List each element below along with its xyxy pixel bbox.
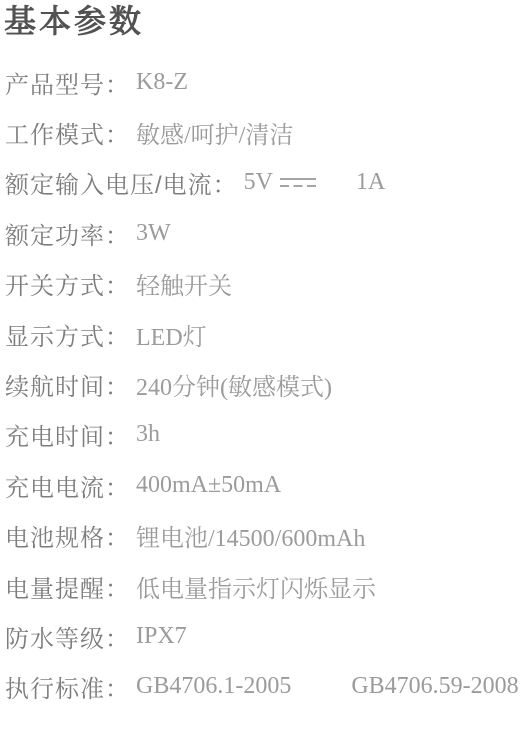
spec-row-charge-time: 充电时间： 3h	[5, 410, 519, 460]
spec-row-battery-reminder: 电量提醒： 低电量指示灯闪烁显示	[5, 561, 519, 611]
spec-value: 敏感/呵护/清洁	[136, 115, 293, 150]
spec-label: 执行标准：	[5, 669, 130, 704]
spec-value: 低电量指示灯闪烁显示	[136, 569, 376, 604]
spec-value-current: 1A	[356, 169, 385, 196]
spec-label: 额定输入电压/电流：	[5, 165, 238, 200]
spec-row-executive-standard: 执行标准： GB4706.1-2005 GB4706.59-2008	[5, 662, 519, 712]
spec-value: 轻触开关	[136, 266, 232, 301]
spec-value-voltage: 5V	[244, 169, 273, 196]
spec-row-charge-current: 充电电流： 400mA±50mA	[5, 460, 519, 510]
spec-label: 电池规格：	[5, 518, 130, 553]
spec-value: 400mA±50mA	[136, 472, 281, 499]
spec-label: 电量提醒：	[5, 569, 130, 604]
spec-label: 产品型号：	[5, 65, 130, 100]
spec-row-switch-type: 开关方式： 轻触开关	[5, 259, 519, 309]
dc-voltage-icon	[280, 177, 316, 189]
spec-row-battery-life: 续航时间： 240分钟(敏感模式)	[5, 359, 519, 409]
spec-row-work-mode: 工作模式： 敏感/呵护/清洁	[5, 107, 519, 157]
spec-value: 锂电池/14500/600mAh	[136, 518, 365, 553]
spec-list: 产品型号： K8-Z 工作模式： 敏感/呵护/清洁 额定输入电压/电流： 5V …	[5, 57, 519, 712]
page-title: 基本参数	[4, 0, 144, 42]
spec-value: 240分钟(敏感模式)	[136, 367, 332, 402]
spec-label: 额定功率：	[5, 216, 130, 251]
spec-value-standard-2: GB4706.59-2008	[351, 673, 518, 700]
spec-value: K8-Z	[136, 69, 188, 96]
spec-label: 充电电流：	[5, 468, 130, 503]
spec-row-product-model: 产品型号： K8-Z	[5, 57, 519, 107]
spec-value: LED灯	[136, 317, 207, 352]
spec-label: 充电时间：	[5, 417, 130, 452]
spec-label: 防水等级：	[5, 619, 130, 654]
spec-row-waterproof-rating: 防水等级： IPX7	[5, 611, 519, 661]
spec-row-rated-power: 额定功率： 3W	[5, 208, 519, 258]
spec-row-battery-spec: 电池规格： 锂电池/14500/600mAh	[5, 511, 519, 561]
spec-label: 工作模式：	[5, 115, 130, 150]
spec-label: 续航时间：	[5, 367, 130, 402]
spec-value-standard-1: GB4706.1-2005	[136, 673, 291, 700]
spec-value: 3W	[136, 220, 171, 247]
spec-row-display-type: 显示方式： LED灯	[5, 309, 519, 359]
spec-row-rated-input: 额定输入电压/电流： 5V 1A	[5, 158, 519, 208]
spec-label: 显示方式：	[5, 317, 130, 352]
spec-value: 3h	[136, 421, 160, 448]
spec-value: IPX7	[136, 623, 187, 650]
spec-label: 开关方式：	[5, 266, 130, 301]
